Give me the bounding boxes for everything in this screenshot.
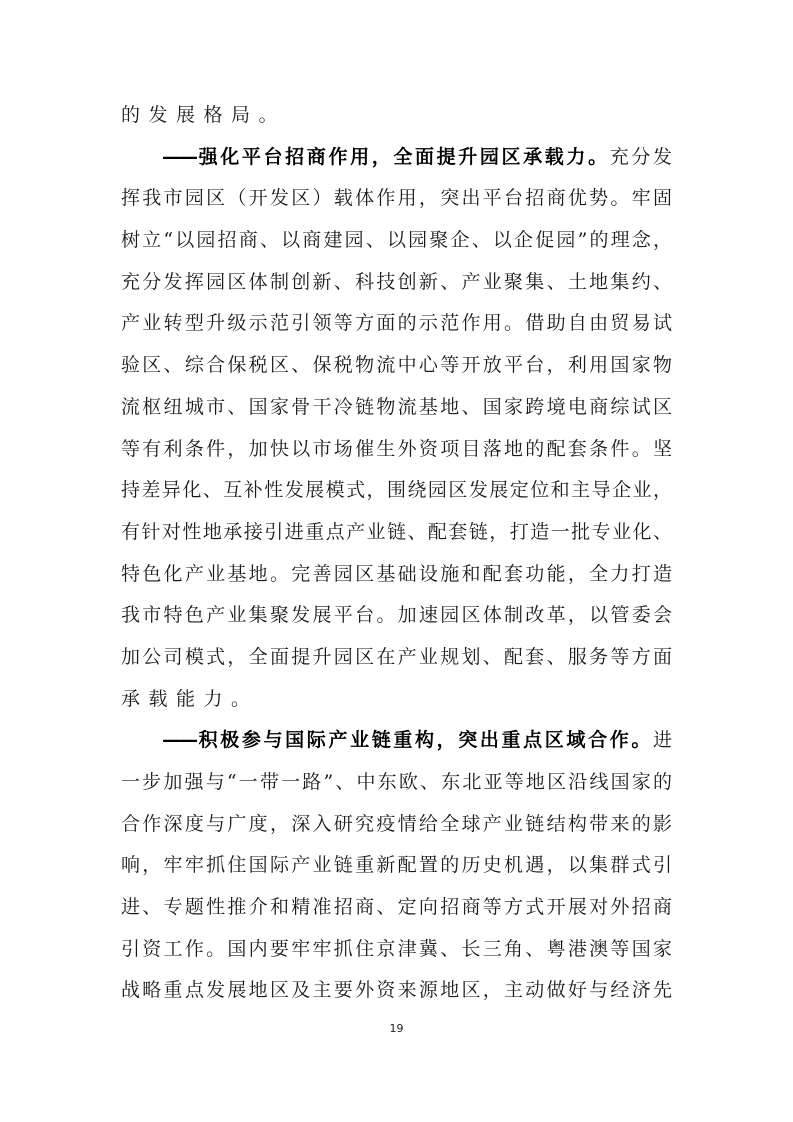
text-line: 流枢纽城市、国家骨干冷链物流基地、国家跨境电商综试区 (121, 387, 672, 429)
page-number: 19 (0, 1022, 793, 1035)
document-body: 的发展格局。 ——强化平台招商作用，全面提升园区承载力。充分发 挥我市园区（开发… (121, 95, 672, 1012)
text-line: 战略重点发展地区及主要外资来源地区，主动做好与经济先 (121, 970, 672, 1012)
text-line: 产业转型升级示范引领等方面的示范作用。借助自由贸易试 (121, 303, 672, 345)
document-page: 的发展格局。 ——强化平台招商作用，全面提升园区承载力。充分发 挥我市园区（开发… (0, 0, 793, 1122)
text-line: 合作深度与广度，深入研究疫情给全球产业链结构带来的影 (121, 804, 672, 846)
heading-dash: —— (162, 729, 196, 751)
text-line: 响，牢牢抓住国际产业链重新配置的历史机遇，以集群式引 (121, 845, 672, 887)
text-line: 加公司模式，全面提升园区在产业规划、配套、服务等方面 (121, 637, 672, 679)
text-line: 特色化产业基地。完善园区基础设施和配套功能，全力打造 (121, 554, 672, 596)
text-line: 有针对性地承接引进重点产业链、配套链，打造一批专业化、 (121, 512, 672, 554)
heading-continuation: 进 (653, 729, 672, 751)
text-line: 树立“以园招商、以商建园、以园聚企、以企促园”的理念， (121, 220, 672, 262)
section-heading-line: ——积极参与国际产业链重构，突出重点区域合作。进 (121, 720, 672, 762)
heading-continuation: 充分发 (610, 146, 672, 168)
text-line: 充分发挥园区体制创新、科技创新、产业聚集、土地集约、 (121, 262, 672, 304)
text-line: 挥我市园区（开发区）载体作用，突出平台招商优势。牢固 (121, 178, 672, 220)
section-heading: 强化平台招商作用，全面提升园区承载力。 (196, 146, 610, 168)
text-line: 一步加强与“一带一路”、中东欧、东北亚等地区沿线国家的 (121, 762, 672, 804)
text-line: 验区、综合保税区、保税物流中心等开放平台，利用国家物 (121, 345, 672, 387)
text-line: 的发展格局。 (121, 95, 672, 137)
text-line: 引资工作。国内要牢牢抓住京津冀、长三角、粤港澳等国家 (121, 929, 672, 971)
text-line: 我市特色产业集聚发展平台。加速园区体制改革，以管委会 (121, 595, 672, 637)
heading-dash: —— (162, 146, 196, 168)
text-line: 持差异化、互补性发展模式，围绕园区发展定位和主导企业， (121, 470, 672, 512)
section-heading: 积极参与国际产业链重构，突出重点区域合作。 (196, 729, 653, 751)
text-line: 等有利条件，加快以市场催生外资项目落地的配套条件。坚 (121, 429, 672, 471)
text-line: 承载能力。 (121, 679, 672, 721)
section-heading-line: ——强化平台招商作用，全面提升园区承载力。充分发 (121, 137, 672, 179)
text-line: 进、专题性推介和精准招商、定向招商等方式开展对外招商 (121, 887, 672, 929)
